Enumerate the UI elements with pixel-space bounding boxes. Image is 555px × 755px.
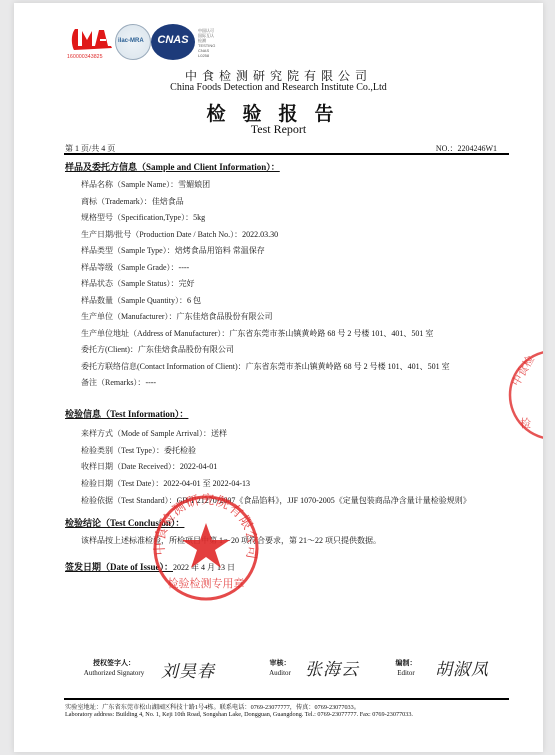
field-value: 佳焙食品 [152,197,184,206]
field-value: 广东佳焙食品股份有限公司 [138,345,234,354]
edge-stamp: 中食检 检 [504,345,543,445]
field-label: 收样日期（Date Received）： [81,462,180,471]
ilac-mra-logo-icon: ilac-MRA [115,24,151,60]
field-value: 送样 [211,429,227,438]
field-label: 生产日期/批号（Production Date / Batch No.）： [81,230,242,239]
field-row: 样品类型（Sample Type）：焙烤食品用馅料 常温保存 [81,245,265,256]
official-stamp: 中食检测研究院有限公司 检验检测专用章 [151,493,261,603]
field-row: 样品等级（Sample Grade）：---- [81,262,189,273]
field-row: 商标（Trademark）：佳焙食品 [81,196,184,207]
field-label: 备注（Remarks）： [81,378,145,387]
cnas-accreditation-text: 中国认可 国际互认 检测 TESTING CNAS L0258 [198,28,215,58]
field-row: 检验依据（Test Standard）：GB/T 21270-2007《食品馅料… [81,495,471,506]
field-label: 检验依据（Test Standard）： [81,496,177,505]
field-row: 生产单位地址（Address of Manufacturer）：广东省东莞市茶山… [81,328,433,339]
field-label: 生产单位地址（Address of Manufacturer）： [81,329,229,338]
field-row: 样品名称（Sample Name）：雪媚娘团 [81,179,210,190]
field-value: 广东佳焙食品股份有限公司 [177,312,273,321]
field-label: 委托方(Client)： [81,345,138,354]
cnas-logo-icon: CNAS [151,24,195,60]
field-label: 样品类型（Sample Type）： [81,246,175,255]
footer-divider [64,698,509,700]
field-value: 2022.03.30 [242,230,278,239]
field-value: 雪媚娘团 [178,180,210,189]
field-row: 样品状态（Sample Status）：完好 [81,278,195,289]
authorized-signatory-signature: 刘昊春 [161,657,215,682]
field-label: 样品数量（Sample Quantity）： [81,296,187,305]
field-value: ---- [145,378,156,387]
field-value: ---- [179,263,190,272]
field-row: 样品数量（Sample Quantity）：6 包 [81,295,201,306]
field-label: 规格型号（Specification,Type）： [81,213,193,222]
field-value: GB/T 21270-2007《食品馅料》，JJF 1070-2005《定量包装… [177,496,471,505]
field-label: 样品状态（Sample Status）： [81,279,179,288]
conclusion-text: 该样品按上述标准检验，所检项目中第 1～20 项符合要求，第 21～22 项只提… [81,535,381,546]
field-row: 检验类别（Test Type）：委托检验 [81,445,196,456]
field-value: 5kg [193,213,205,222]
issue-date-label: 签发日期（Date of Issue）： [65,562,173,572]
cma-logo-icon [70,26,114,52]
field-row: 收样日期（Date Received）：2022-04-01 [81,461,217,472]
field-row: 备注（Remarks）：---- [81,377,156,388]
header-divider [64,153,509,155]
field-label: 商标（Trademark）： [81,197,152,206]
sample-section-title: 样品及委托方信息（Sample and Client Information）： [65,160,280,173]
field-row: 委托方(Client)：广东佳焙食品股份有限公司 [81,344,234,355]
field-label: 来样方式（Mode of Sample Arrival）： [81,429,211,438]
editor-label: 编制：Editor [386,658,426,678]
issue-date-value: 2022 年 4 月 13 日 [173,563,235,572]
field-label: 样品名称（Sample Name）： [81,180,178,189]
field-value: 广东省东莞市茶山镇黄岭路 68 号 2 号楼 101、401、501 室 [229,329,433,338]
field-value: 委托检验 [164,446,196,455]
test-section-title: 检验信息（Test Information）： [65,407,188,420]
report-page: 160000343825 ilac-MRA CNAS 中国认可 国际互认 检测 … [14,3,543,752]
report-title-en: Test Report [14,122,543,137]
field-label: 样品等级（Sample Grade）： [81,263,179,272]
field-value: 广东省东莞市茶山镇黄岭路 68 号 2 号楼 101、401、501 室 [246,362,450,371]
field-row: 规格型号（Specification,Type）：5kg [81,212,205,223]
authorized-signatory-label: 授权签字人：Authorized Signatory [76,658,152,678]
svg-text:检: 检 [520,416,531,430]
field-label: 委托方联络信息(Contact Information of Client)： [81,362,246,371]
field-value: 完好 [179,279,195,288]
svg-text:中食检: 中食检 [508,353,537,389]
field-row: 检验日期（Test Date）：2022-04-01 至 2022-04-13 [81,478,250,489]
field-value: 2022-04-01 [180,462,217,471]
field-label: 生产单位（Manufacturer）： [81,312,177,321]
cma-number: 160000343825 [67,54,119,60]
field-value: 焙烤食品用馅料 常温保存 [175,246,265,255]
field-label: 检验类别（Test Type）： [81,446,164,455]
auditor-signature: 张海云 [305,655,359,680]
field-row: 生产单位（Manufacturer）：广东佳焙食品股份有限公司 [81,311,273,322]
field-value: 2022-04-01 至 2022-04-13 [163,479,250,488]
footer-address-en: Laboratory address: Building 4, No. 1, K… [65,711,413,718]
organization-name-en: China Foods Detection and Research Insti… [14,82,543,93]
issue-date: 签发日期（Date of Issue）：2022 年 4 月 13 日 [65,560,235,573]
field-row: 生产日期/批号（Production Date / Batch No.）：202… [81,229,278,240]
field-value: 6 包 [187,296,201,305]
field-row: 委托方联络信息(Contact Information of Client)：广… [81,361,450,372]
editor-signature: 胡淑凤 [435,655,489,680]
conclusion-title: 检验结论（Test Conclusion）： [65,516,184,529]
stamp-inner-text: 检验检测专用章 [168,576,245,590]
auditor-label: 审核：Auditor [260,658,300,678]
footer-address-cn: 实验室地址：广东省东莞市松山湖园区科技十路1号4栋。联系电话：0769-2307… [65,702,360,711]
field-label: 检验日期（Test Date）： [81,479,163,488]
field-row: 来样方式（Mode of Sample Arrival）：送样 [81,428,227,439]
